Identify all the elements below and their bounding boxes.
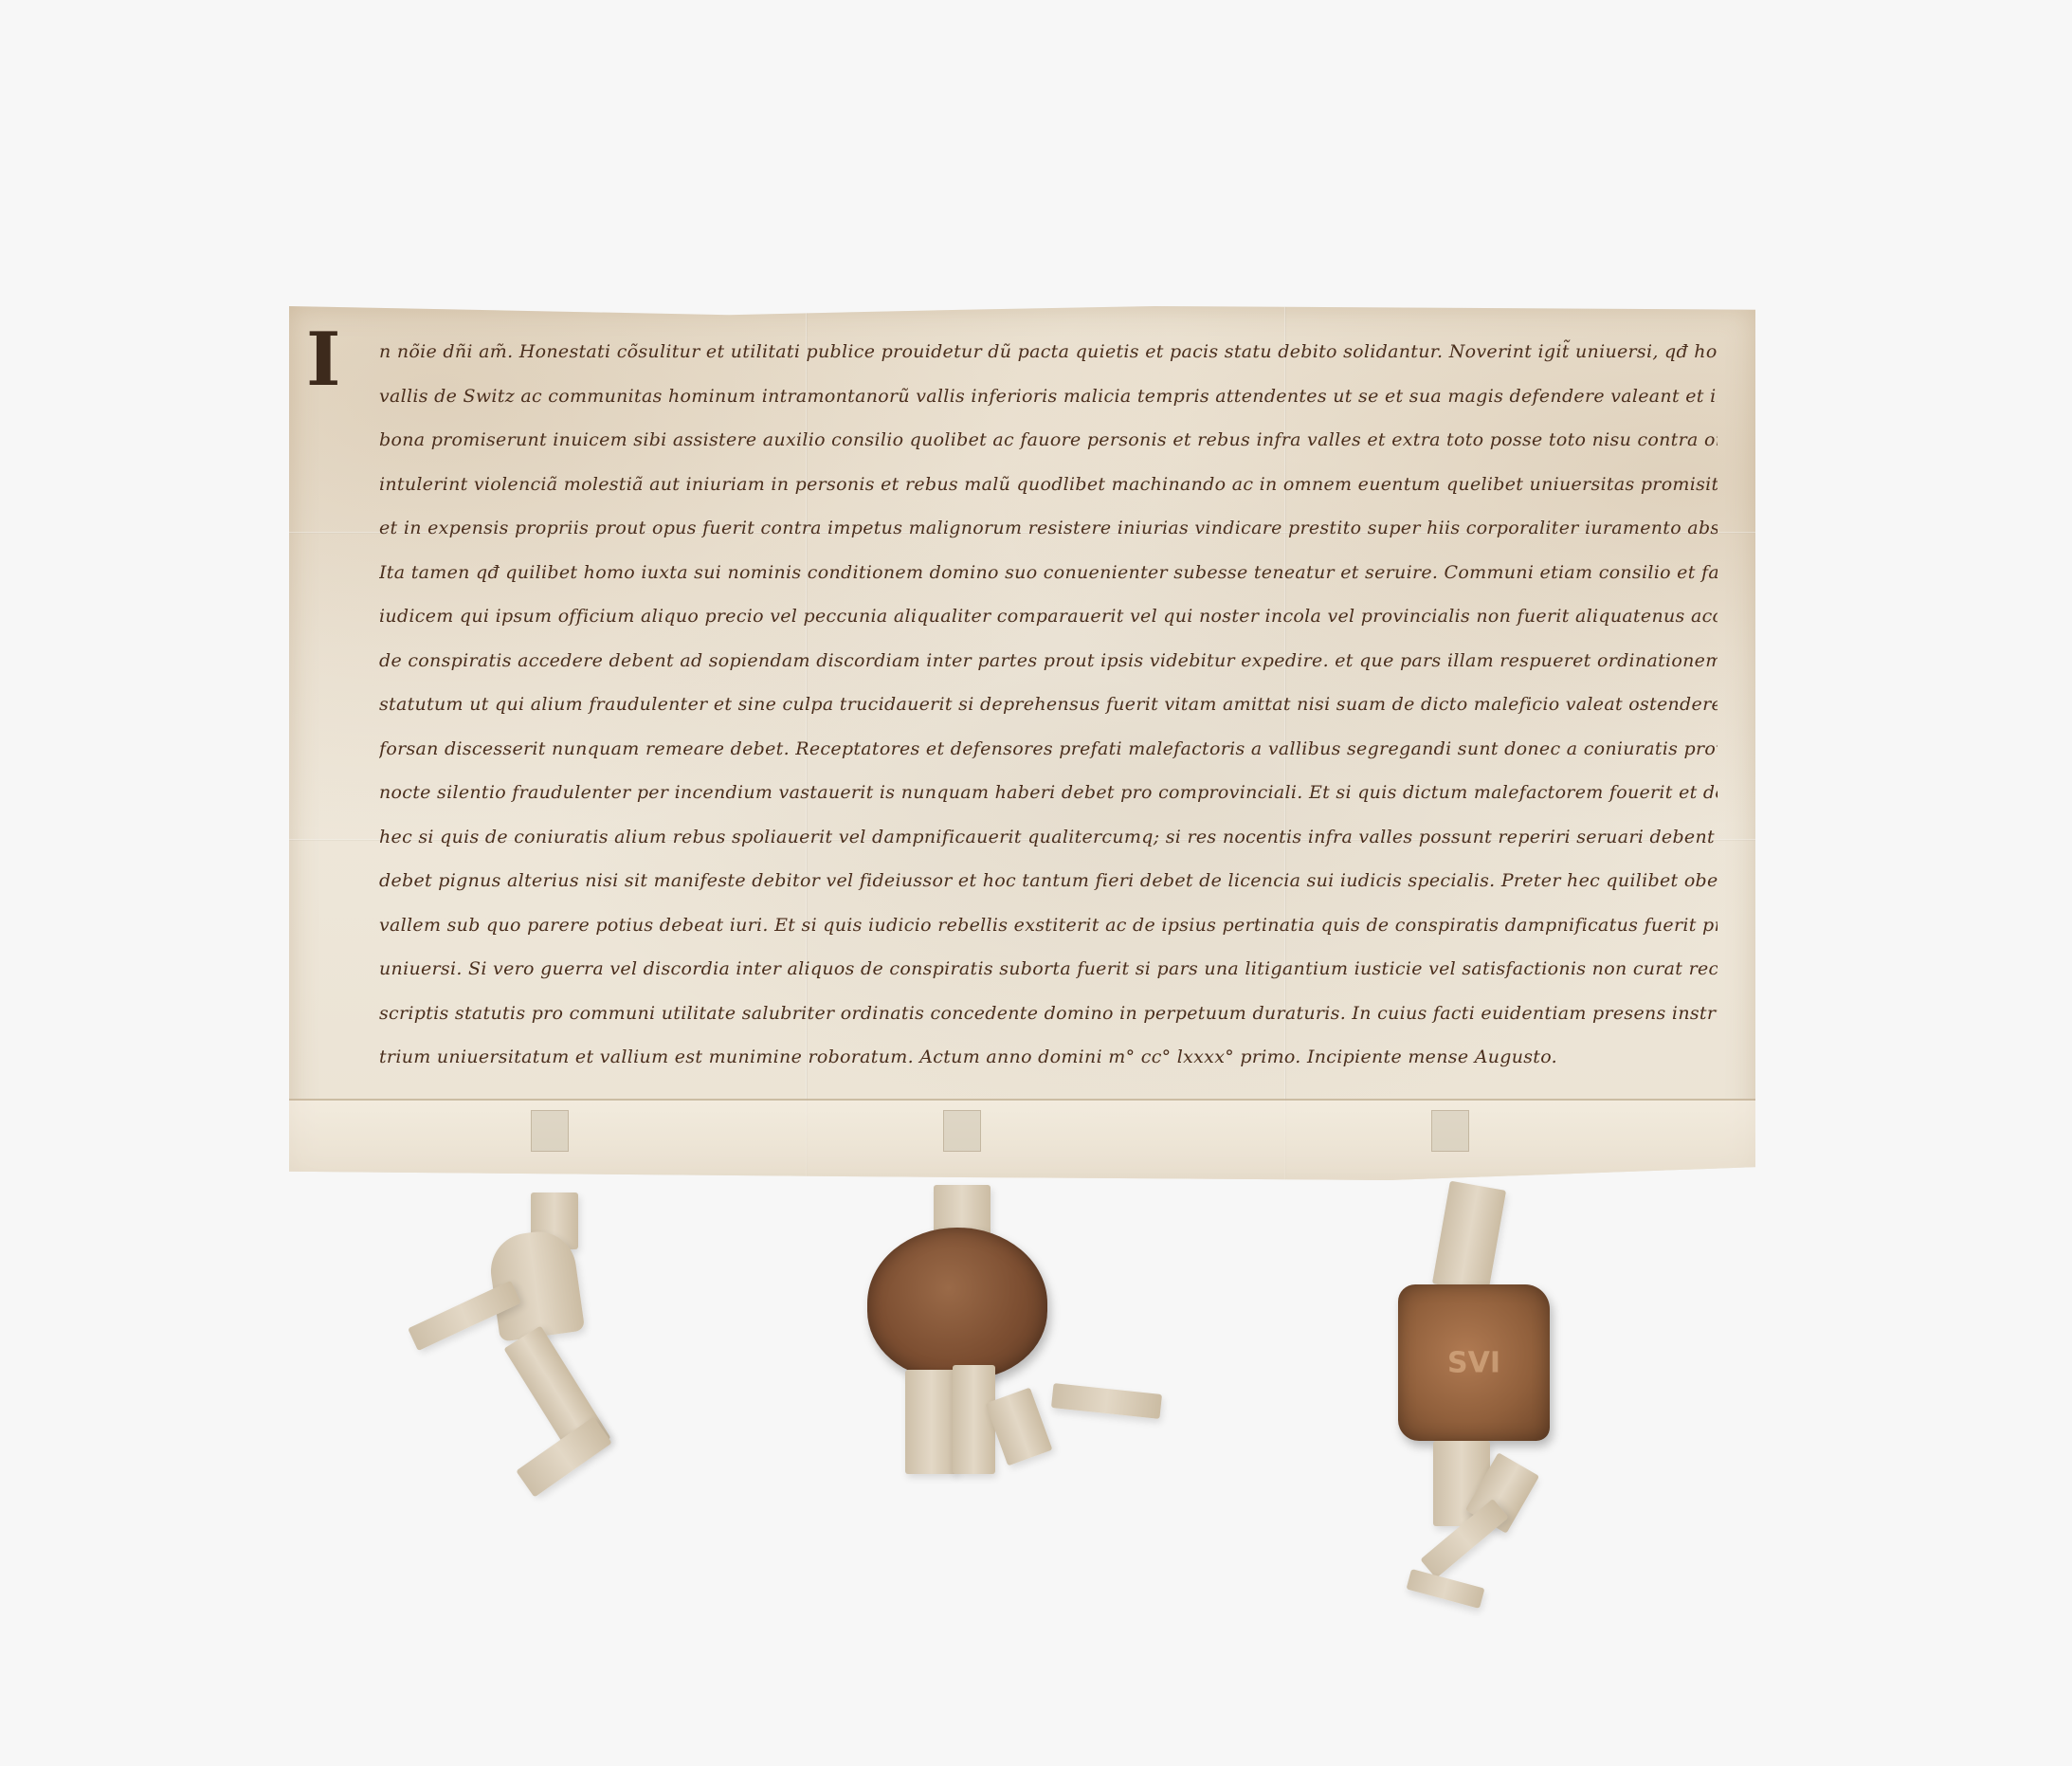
tag-strip: [905, 1370, 957, 1474]
seal-slot: [531, 1110, 569, 1152]
text-line: statutum ut qui alium fraudulenter et si…: [379, 683, 1718, 727]
tag-end: [1407, 1569, 1485, 1609]
text-line: Ita tamen qđ quilibet homo iuxta sui nom…: [379, 551, 1718, 595]
text-line: uniuersi. Si vero guerra vel discordia i…: [379, 947, 1718, 992]
text-line: debet pignus alterius nisi sit manifeste…: [379, 859, 1718, 903]
text-line: intulerint violenciã molestiã aut iniuri…: [379, 463, 1718, 507]
text-line: hec si quis de coniuratis alium rebus sp…: [379, 815, 1718, 860]
seal-impression: SVI: [1447, 1346, 1500, 1379]
text-line: vallem sub quo parere potius debeat iuri…: [379, 903, 1718, 948]
text-line: et in expensis propriis prout opus fueri…: [379, 506, 1718, 551]
tag-twist: [1432, 1181, 1506, 1294]
text-line: de conspiratis accedere debent ad sopien…: [379, 639, 1718, 683]
text-line: scriptis statutis pro communi utilitate …: [379, 992, 1718, 1036]
plica-fold: [289, 1099, 1755, 1180]
seal-slot: [1431, 1110, 1469, 1152]
decorated-initial: I: [306, 323, 341, 397]
tag-twist: [986, 1388, 1053, 1466]
parchment-charter: I n nõie dñi am̃. Honestati cõsulitur et…: [289, 306, 1755, 1180]
tag-strip: [953, 1365, 995, 1474]
text-line: trium uniuersitatum et vallium est munim…: [379, 1035, 1718, 1080]
text-line: forsan discesserit nunquam remeare debet…: [379, 727, 1718, 772]
text-line: nocte silentio fraudulenter per incendiu…: [379, 771, 1718, 815]
text-line: vallis de Switz ac communitas hominum in…: [379, 374, 1718, 419]
round-wax-seal: [867, 1228, 1047, 1379]
text-line: iudicem qui ipsum officium aliquo precio…: [379, 594, 1718, 639]
tag-end: [1051, 1383, 1162, 1419]
seal-slot: [943, 1110, 981, 1152]
charter-text: n nõie dñi am̃. Honestati cõsulitur et u…: [379, 330, 1718, 1080]
text-line: bona promiserunt inuicem sibi assistere …: [379, 418, 1718, 463]
text-line: n nõie dñi am̃. Honestati cõsulitur et u…: [379, 330, 1718, 374]
square-wax-seal: SVI: [1398, 1284, 1550, 1441]
